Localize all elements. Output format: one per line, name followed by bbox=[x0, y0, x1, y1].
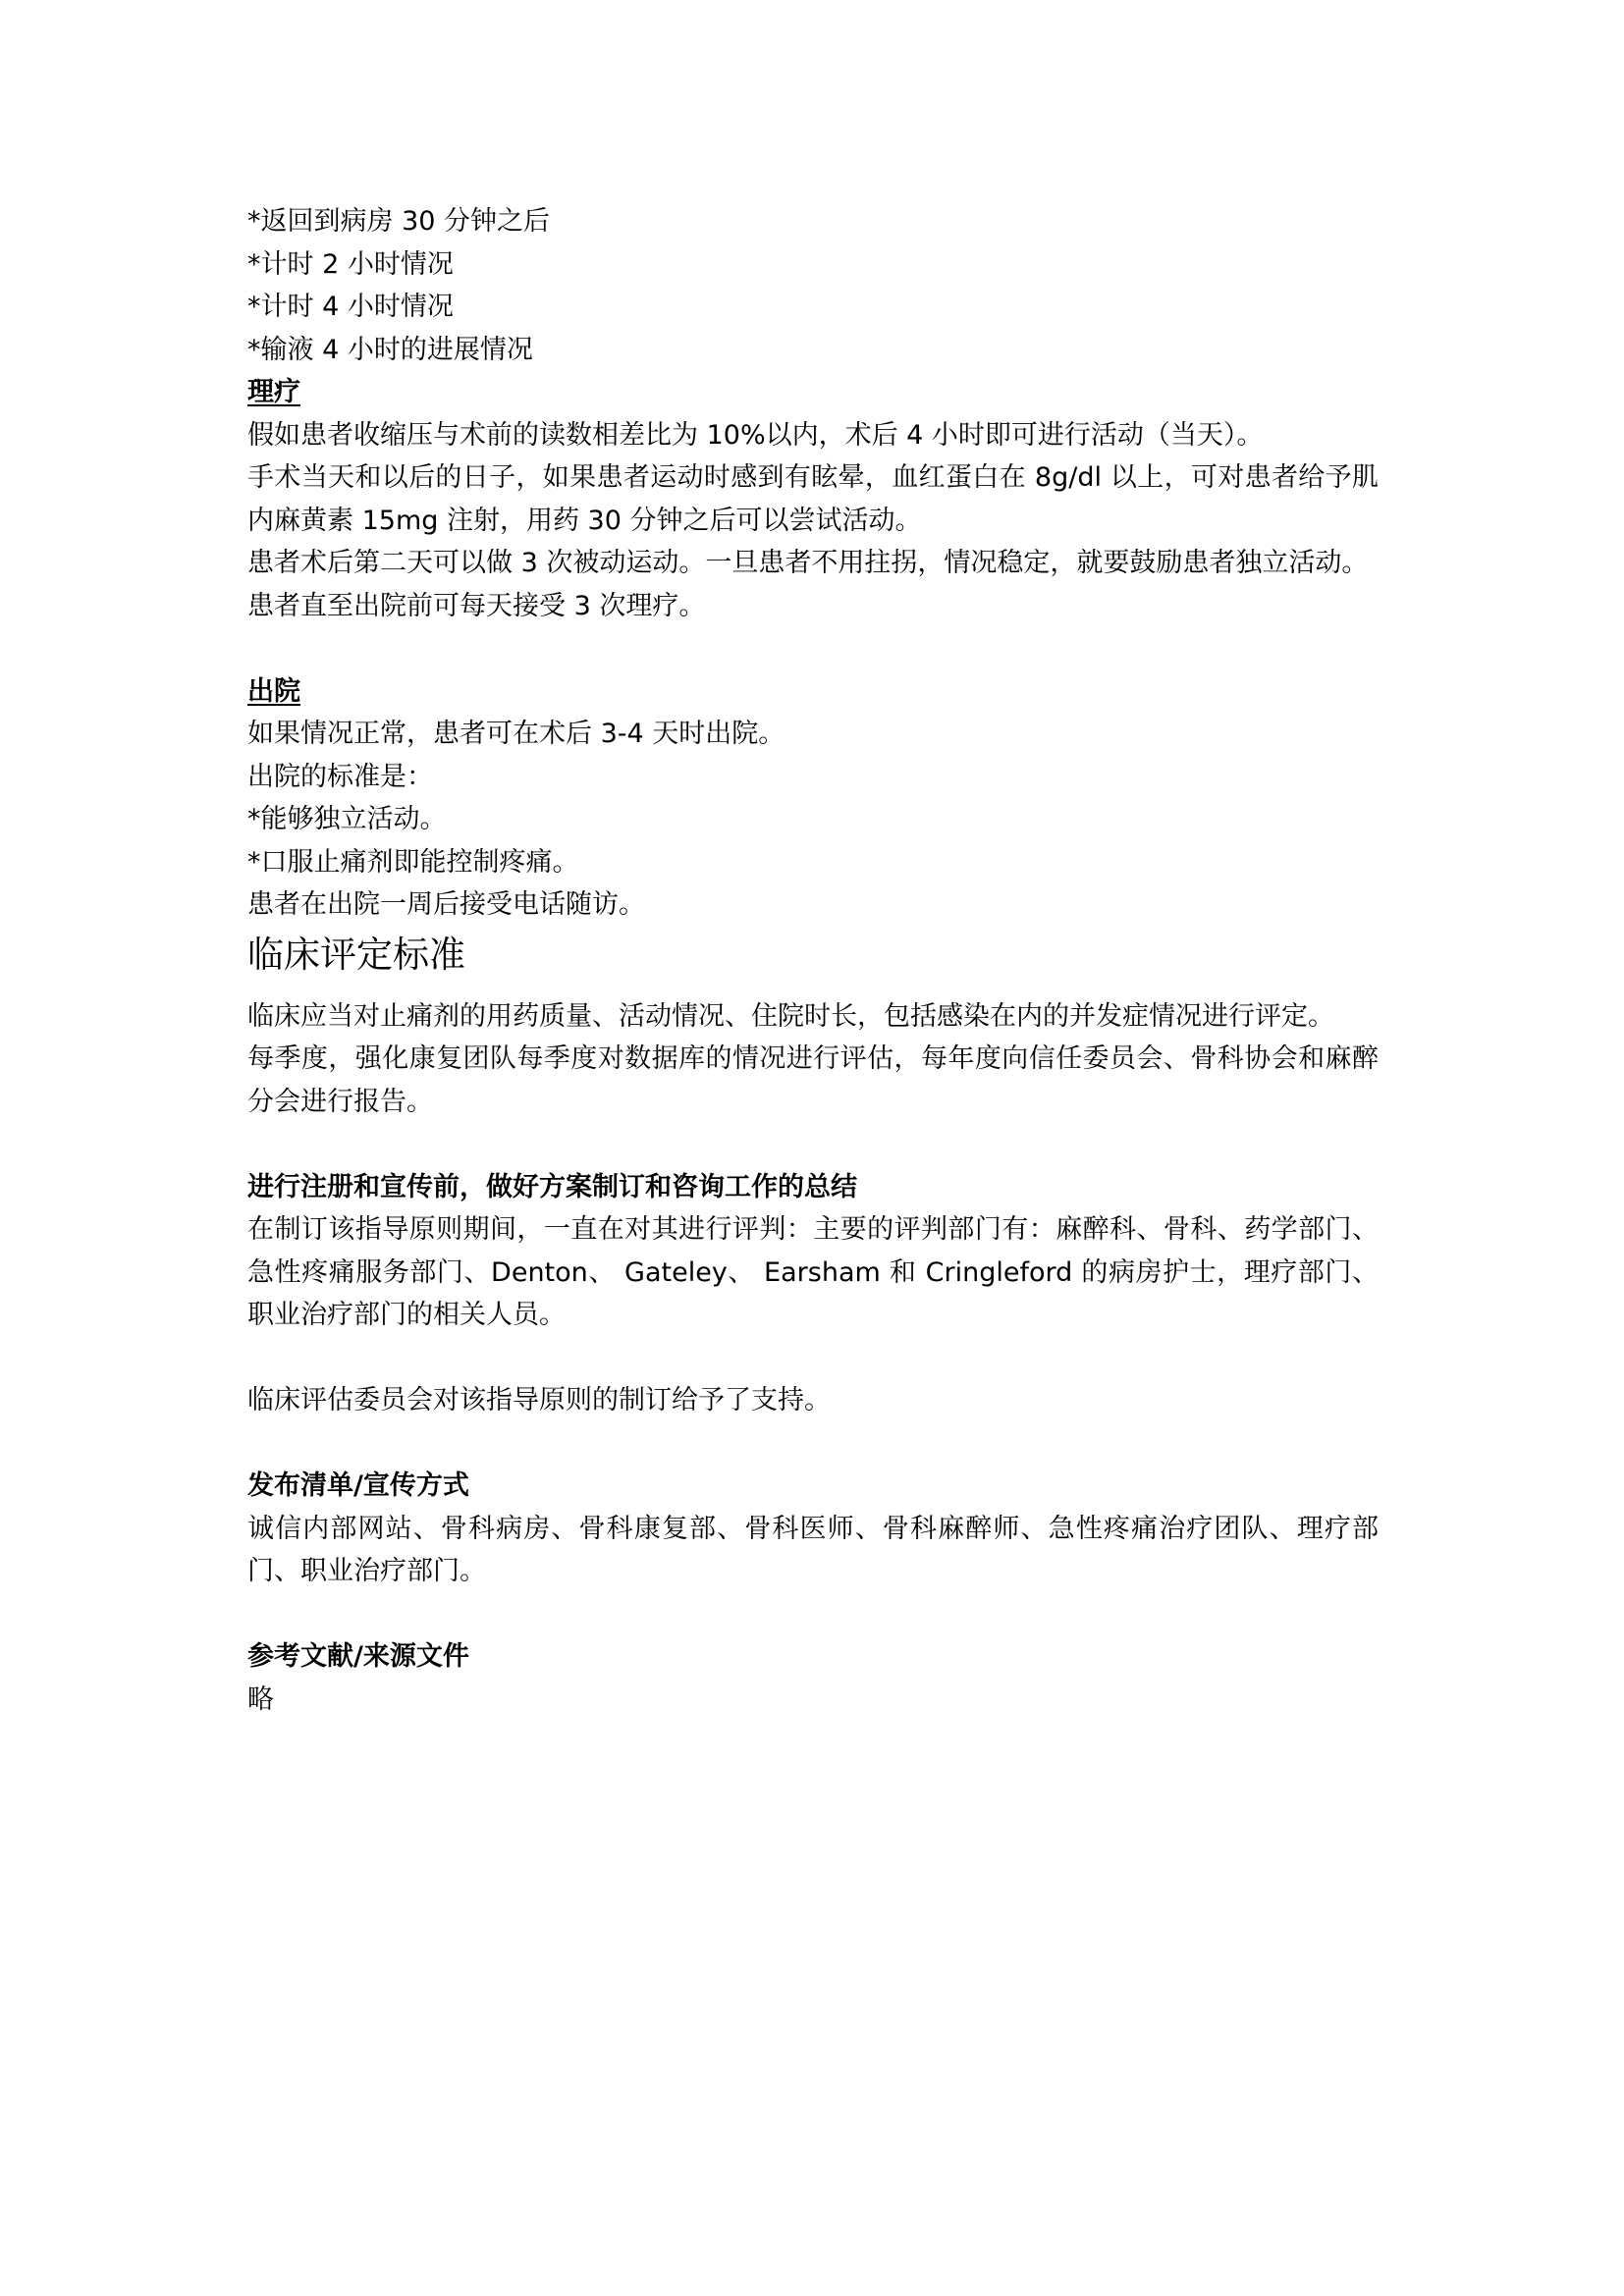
section-title-discharge: 出院 bbox=[247, 670, 1379, 714]
consultation-section: 进行注册和宣传前，做好方案制订和咨询工作的总结 在制订该指导原则期间，一直在对其… bbox=[247, 1166, 1379, 1422]
paragraph: 诚信内部网站、骨科病房、骨科康复部、骨科医师、骨科麻醉师、急性疼痛治疗团队、理疗… bbox=[247, 1508, 1379, 1593]
list-item: *能够独立活动。 bbox=[247, 798, 1379, 841]
section-title-consultation: 进行注册和宣传前，做好方案制订和咨询工作的总结 bbox=[247, 1166, 1379, 1209]
paragraph: 临床评估委员会对该指导原则的制订给予了支持。 bbox=[247, 1379, 1379, 1422]
discharge-section: 出院 如果情况正常，患者可在术后 3-4 天时出院。 出院的标准是： *能够独立… bbox=[247, 670, 1379, 927]
physio-section: 理疗 假如患者收缩压与术前的读数相差比为 10%以内，术后 4 小时即可进行活动… bbox=[247, 371, 1379, 627]
spacer bbox=[247, 1337, 1379, 1380]
paragraph: 患者术后第二天可以做 3 次被动运动。一旦患者不用拄拐，情况稳定，就要鼓励患者独… bbox=[247, 542, 1379, 585]
distribution-section: 发布清单/宣传方式 诚信内部网站、骨科病房、骨科康复部、骨科医师、骨科麻醉师、急… bbox=[247, 1465, 1379, 1593]
paragraph: 患者在出院一周后接受电话随访。 bbox=[247, 883, 1379, 927]
document-page: *返回到病房 30 分钟之后 *计时 2 小时情况 *计时 4 小时情况 *输液… bbox=[247, 200, 1379, 1721]
paragraph: 略 bbox=[247, 1679, 1379, 1722]
section-title-distribution: 发布清单/宣传方式 bbox=[247, 1465, 1379, 1508]
timing-list: *返回到病房 30 分钟之后 *计时 2 小时情况 *计时 4 小时情况 *输液… bbox=[247, 200, 1379, 371]
section-title-physio: 理疗 bbox=[247, 371, 1379, 414]
heading-clinical-criteria: 临床评定标准 bbox=[247, 931, 1379, 980]
references-section: 参考文献/来源文件 略 bbox=[247, 1635, 1379, 1721]
spacer bbox=[247, 627, 1379, 670]
section-title-references: 参考文献/来源文件 bbox=[247, 1635, 1379, 1679]
paragraph: 如果情况正常，患者可在术后 3-4 天时出院。 bbox=[247, 713, 1379, 756]
list-item: *输液 4 小时的进展情况 bbox=[247, 329, 1379, 372]
paragraph: 假如患者收缩压与术前的读数相差比为 10%以内，术后 4 小时即可进行活动（当天… bbox=[247, 414, 1379, 457]
spacer bbox=[247, 1593, 1379, 1636]
paragraph: 在制订该指导原则期间，一直在对其进行评判：主要的评判部门有：麻醉科、骨科、药学部… bbox=[247, 1208, 1379, 1337]
spacer bbox=[247, 1123, 1379, 1166]
spacer bbox=[247, 1422, 1379, 1466]
paragraph: 手术当天和以后的日子，如果患者运动时感到有眩晕，血红蛋白在 8g/dl 以上，可… bbox=[247, 456, 1379, 542]
clinical-criteria-section: 临床评定标准 临床应当对止痛剂的用药质量、活动情况、住院时长，包括感染在内的并发… bbox=[247, 931, 1379, 1124]
paragraph: 临床应当对止痛剂的用药质量、活动情况、住院时长，包括感染在内的并发症情况进行评定… bbox=[247, 995, 1379, 1039]
paragraph: 出院的标准是： bbox=[247, 756, 1379, 799]
list-item: *计时 4 小时情况 bbox=[247, 286, 1379, 329]
list-item: *口服止痛剂即能控制疼痛。 bbox=[247, 841, 1379, 884]
paragraph: 患者直至出院前可每天接受 3 次理疗。 bbox=[247, 585, 1379, 628]
list-item: *计时 2 小时情况 bbox=[247, 243, 1379, 287]
list-item: *返回到病房 30 分钟之后 bbox=[247, 200, 1379, 243]
paragraph: 每季度，强化康复团队每季度对数据库的情况进行评估，每年度向信任委员会、骨科协会和… bbox=[247, 1038, 1379, 1123]
